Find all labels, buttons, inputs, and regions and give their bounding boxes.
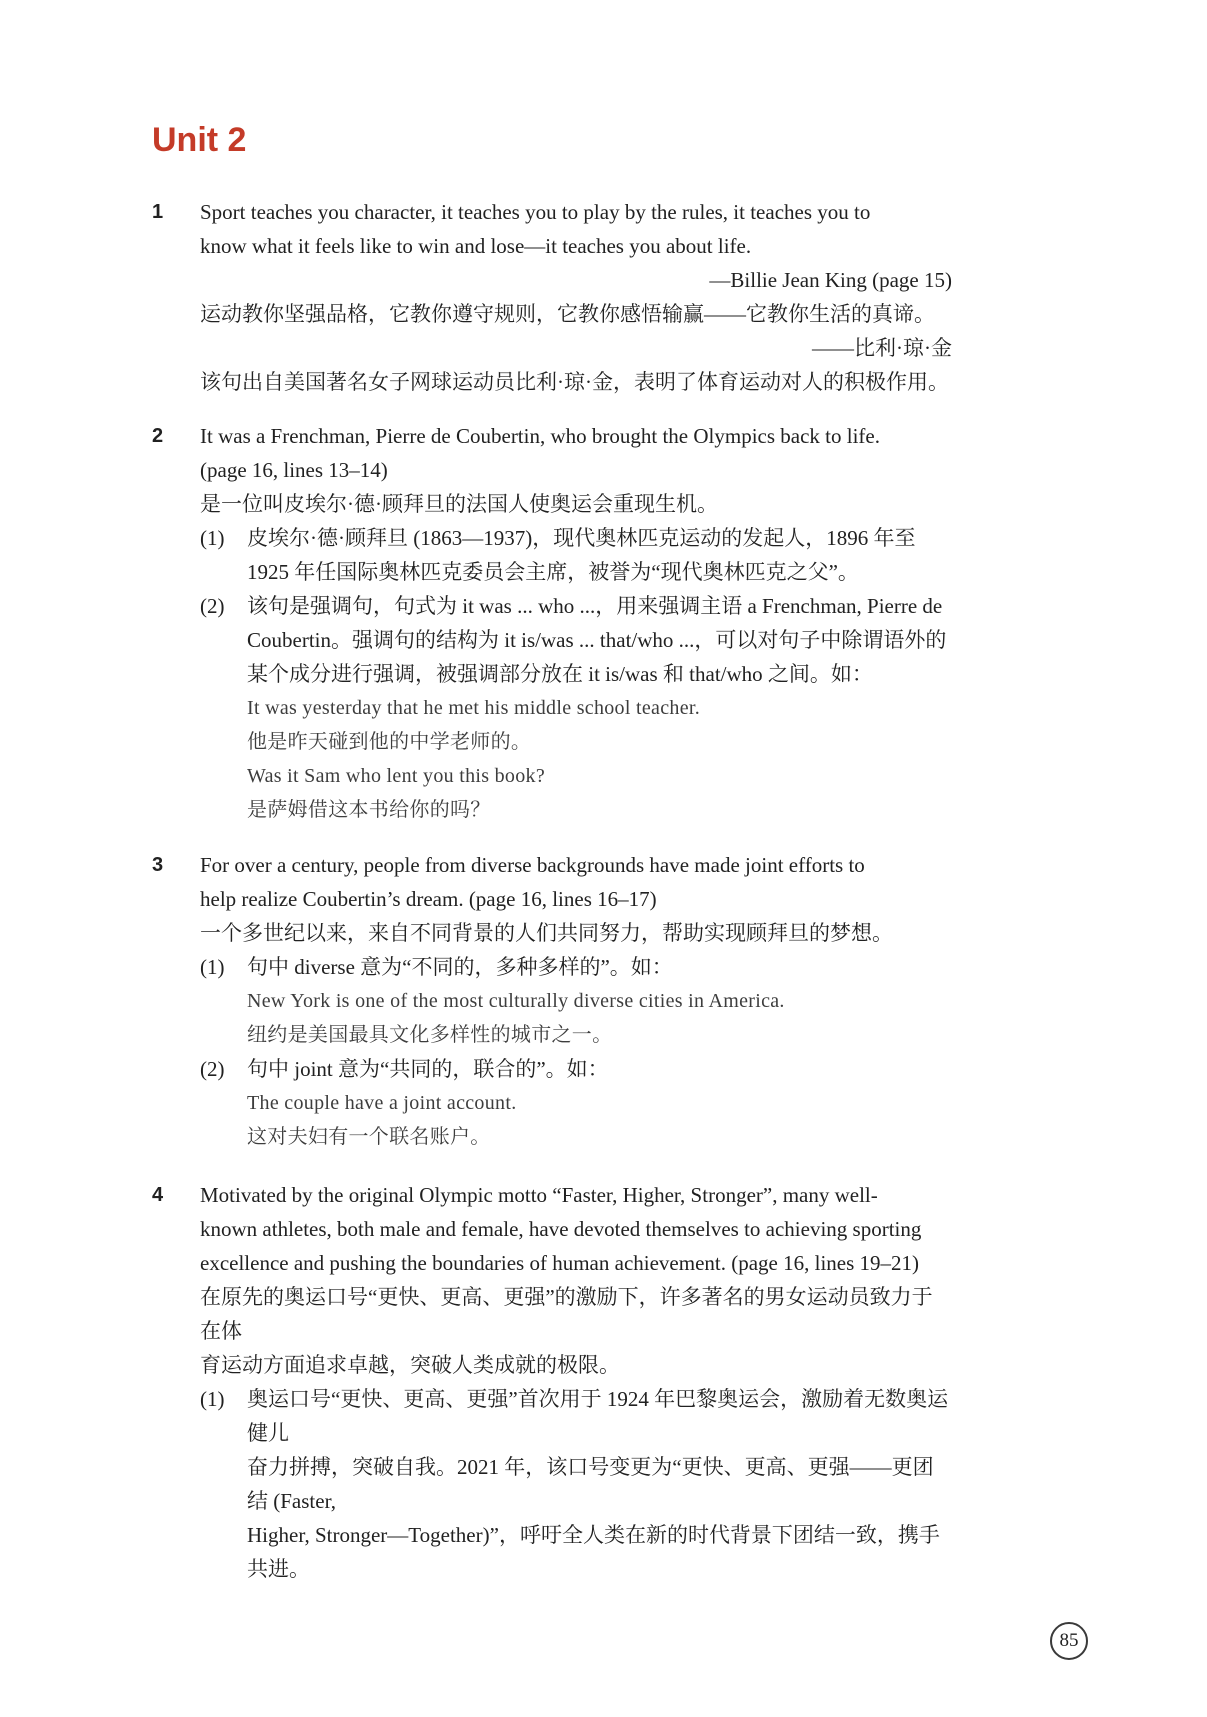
english-line: Sport teaches you character, it teaches … [200, 195, 952, 229]
item-3-number: 3 [152, 848, 200, 1154]
english-line: know what it feels like to win and lose—… [200, 229, 952, 263]
item-4-body: Motivated by the original Olympic motto … [200, 1178, 952, 1586]
english-line: excellence and pushing the boundaries of… [200, 1246, 952, 1280]
example-sentence-chinese: 这对夫妇有一个联名账户。 [200, 1120, 952, 1154]
english-line: help realize Coubertin’s dream. (page 16… [200, 882, 952, 916]
item-3-body: For over a century, people from diverse … [200, 848, 952, 1154]
english-line: (page 16, lines 13–14) [200, 453, 952, 487]
attribution-english: —Billie Jean King (page 15) [200, 263, 952, 297]
sub-item-label: (2) [200, 589, 247, 623]
example-sentence-chinese: 他是昨天碰到他的中学老师的。 [200, 725, 952, 759]
sub-item-continuation: Higher, Stronger—Together)”，呼吁全人类在新的时代背景… [200, 1518, 952, 1586]
item-3: 3 For over a century, people from divers… [152, 848, 952, 1154]
sub-item-label: (1) [200, 950, 247, 984]
chinese-line: 运动教你坚强品格，它教你遵守规则，它教你感悟输赢——它教你生活的真谛。 [200, 297, 952, 331]
item-2-body: It was a Frenchman, Pierre de Coubertin,… [200, 419, 952, 827]
item-1-number: 1 [152, 195, 200, 399]
sub-item-text: 句中 diverse 意为“不同的，多种多样的”。如： [247, 950, 952, 984]
example-sentence-english: The couple have a joint account. [200, 1086, 952, 1120]
sub-item-label: (1) [200, 1382, 247, 1450]
example-sentence-english: Was it Sam who lent you this book? [200, 759, 952, 793]
english-line: known athletes, both male and female, ha… [200, 1212, 952, 1246]
item-4-number: 4 [152, 1178, 200, 1586]
sub-item-text: 该句是强调句，句式为 it was ... who ...，用来强调主语 a F… [247, 589, 952, 623]
sub-item-1: (1) 奥运口号“更快、更高、更强”首次用于 1924 年巴黎奥运会，激励着无数… [200, 1382, 952, 1450]
example-sentence-chinese: 纽约是美国最具文化多样性的城市之一。 [200, 1018, 952, 1052]
english-line: It was a Frenchman, Pierre de Coubertin,… [200, 419, 952, 453]
chinese-note: 该句出自美国著名女子网球运动员比利·琼·金，表明了体育运动对人的积极作用。 [200, 365, 952, 399]
attribution-chinese: ——比利·琼·金 [200, 331, 952, 365]
item-4: 4 Motivated by the original Olympic mott… [152, 1178, 952, 1586]
english-line: For over a century, people from diverse … [200, 848, 952, 882]
item-1: 1 Sport teaches you character, it teache… [152, 195, 952, 399]
sub-item-text: 奥运口号“更快、更高、更强”首次用于 1924 年巴黎奥运会，激励着无数奥运健儿 [247, 1382, 952, 1450]
example-sentence-chinese: 是萨姆借这本书给你的吗？ [200, 793, 952, 827]
english-line: Motivated by the original Olympic motto … [200, 1178, 952, 1212]
document-page: Unit 2 1 Sport teaches you character, it… [0, 0, 1207, 1717]
page-title: Unit 2 [152, 118, 1207, 162]
sub-item-1: (1) 皮埃尔·德·顾拜旦 (1863—1937)，现代奥林匹克运动的发起人，1… [200, 521, 952, 555]
sub-item-continuation: 某个成分进行强调，被强调部分放在 it is/was 和 that/who 之间… [200, 657, 952, 691]
sub-item-continuation: Coubertin。强调句的结构为 it is/was ... that/who… [200, 623, 952, 657]
example-sentence-english: It was yesterday that he met his middle … [200, 691, 952, 725]
sub-item-continuation: 奋力拼搏，突破自我。2021 年，该口号变更为“更快、更高、更强——更团结 (F… [200, 1450, 952, 1518]
chinese-line: 在原先的奥运口号“更快、更高、更强”的激励下，许多著名的男女运动员致力于在体 [200, 1280, 952, 1348]
sub-item-label: (1) [200, 521, 247, 555]
sub-item-text: 皮埃尔·德·顾拜旦 (1863—1937)，现代奥林匹克运动的发起人，1896 … [247, 521, 952, 555]
chinese-line: 一个多世纪以来，来自不同背景的人们共同努力，帮助实现顾拜旦的梦想。 [200, 916, 952, 950]
example-sentence-english: New York is one of the most culturally d… [200, 984, 952, 1018]
chinese-line: 是一位叫皮埃尔·德·顾拜旦的法国人使奥运会重现生机。 [200, 487, 952, 521]
chinese-line: 育运动方面追求卓越，突破人类成就的极限。 [200, 1348, 952, 1382]
item-1-body: Sport teaches you character, it teaches … [200, 195, 952, 399]
sub-item-1: (1) 句中 diverse 意为“不同的，多种多样的”。如： [200, 950, 952, 984]
sub-item-2: (2) 该句是强调句，句式为 it was ... who ...，用来强调主语… [200, 589, 952, 623]
sub-item-continuation: 1925 年任国际奥林匹克委员会主席，被誉为“现代奥林匹克之父”。 [200, 555, 952, 589]
page-number-badge: 85 [1050, 1622, 1088, 1660]
item-2: 2 It was a Frenchman, Pierre de Couberti… [152, 419, 952, 827]
item-2-number: 2 [152, 419, 200, 827]
sub-item-2: (2) 句中 joint 意为“共同的，联合的”。如： [200, 1052, 952, 1086]
sub-item-text: 句中 joint 意为“共同的，联合的”。如： [247, 1052, 952, 1086]
page-number: 85 [1060, 1630, 1079, 1652]
sub-item-label: (2) [200, 1052, 247, 1086]
